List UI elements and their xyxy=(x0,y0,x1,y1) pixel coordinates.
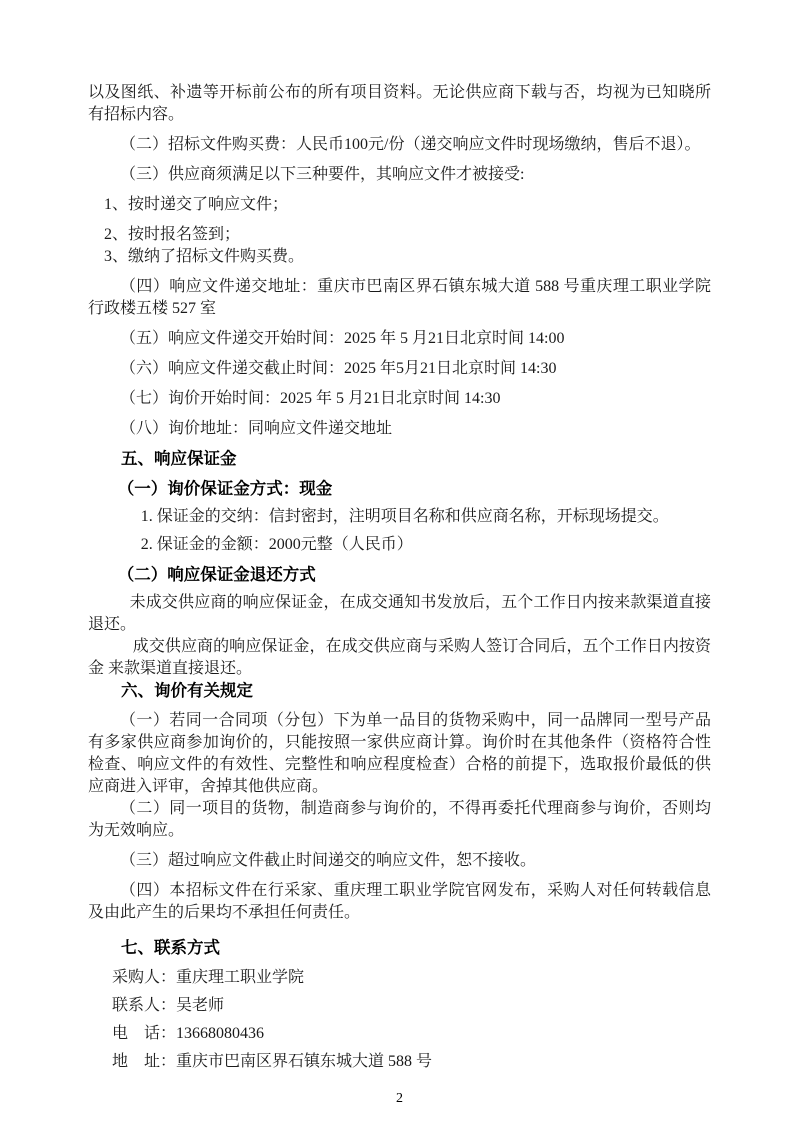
inquiry-rule-1: （一）若同一合同项（分包）下为单一品目的货物采购中，同一品牌同一型号产品有多家供… xyxy=(88,710,711,798)
contact-phone: 电 话：13668080436 xyxy=(112,1023,711,1045)
contact-purchaser: 采购人：重庆理工职业学院 xyxy=(112,967,711,989)
notice-item-inquiry-start-time: （七）询价开始时间：2025 年 5 月21日北京时间 14:30 xyxy=(88,388,711,410)
contact-phone-label: 电 话： xyxy=(112,1025,176,1042)
notice-item-submission-address: （四）响应文件递交地址：重庆市巴南区界石镇东城大道 588 号重庆理工职业学院行… xyxy=(88,276,711,320)
page-number: 2 xyxy=(88,1089,711,1109)
contact-address-label: 地 址： xyxy=(112,1053,176,1070)
section5-sub2-heading: （二）响应保证金退还方式 xyxy=(118,564,711,586)
inquiry-rule-4: （四）本招标文件在行采家、重庆理工职业学院官网发布，采购人对任何转载信息及由此产… xyxy=(88,880,711,924)
notice-item-submission-start-time: （五）响应文件递交开始时间：2025 年 5 月21日北京时间 14:00 xyxy=(88,328,711,350)
notice-item-submission-deadline: （六）响应文件递交截止时间：2025 年5月21日北京时间 14:30 xyxy=(88,358,711,380)
contact-address-value: 重庆市巴南区界石镇东城大道 588 号 xyxy=(176,1053,432,1070)
contact-phone-value: 13668080436 xyxy=(176,1025,264,1042)
inquiry-rule-3: （三）超过响应文件截止时间递交的响应文件，恕不接收。 xyxy=(88,850,711,872)
continuation-paragraph: 以及图纸、补遗等开标前公布的所有项目资料。无论供应商下载与否，均视为已知晓所有招… xyxy=(88,82,711,126)
section7-heading: 七、联系方式 xyxy=(121,937,711,959)
refund-unsuccessful-paragraph: 未成交供应商的响应保证金，在成交通知书发放后，五个工作日内按来款渠道直接退还。 xyxy=(88,592,711,636)
contact-address: 地 址：重庆市巴南区界石镇东城大道 588 号 xyxy=(112,1051,711,1073)
contact-person-value: 吴老师 xyxy=(176,997,224,1014)
deposit-amount-item: 2. 保证金的金额：2000元整（人民币） xyxy=(88,534,711,556)
deposit-payment-item: 1. 保证金的交纳：信封密封，注明项目名称和供应商名称，开标现场提交。 xyxy=(88,506,711,528)
inquiry-rule-2: （二）同一项目的货物，制造商参与询价的，不得再委托代理商参与询价，否则均为无效响… xyxy=(88,798,711,842)
refund-successful-paragraph: 成交供应商的响应保证金，在成交供应商与采购人签订合同后，五个工作日内按资金 来款… xyxy=(88,636,711,680)
section5-heading: 五、响应保证金 xyxy=(121,448,711,470)
notice-item-inquiry-address: （八）询价地址：同响应文件递交地址 xyxy=(88,418,711,440)
section5-sub1-heading: （一）询价保证金方式：现金 xyxy=(118,478,711,500)
requirement-3: 3、缴纳了招标文件购买费。 xyxy=(88,246,711,268)
notice-item-requirements-intro: （三）供应商须满足以下三种要件，其响应文件才被接受: xyxy=(88,164,711,186)
contact-person-label: 联系人： xyxy=(112,997,176,1014)
contact-person: 联系人：吴老师 xyxy=(112,995,711,1017)
requirement-2: 2、按时报名签到； xyxy=(88,224,711,246)
document-page: 以及图纸、补遗等开标前公布的所有项目资料。无论供应商下载与否，均视为已知晓所有招… xyxy=(0,0,793,1122)
notice-item-purchase-fee: （二）招标文件购买费：人民币100元/份（递交响应文件时现场缴纳，售后不退）。 xyxy=(88,134,711,156)
requirement-1: 1、按时递交了响应文件； xyxy=(88,194,711,216)
contact-purchaser-label: 采购人： xyxy=(112,969,176,986)
section6-heading: 六、询价有关规定 xyxy=(121,680,711,702)
contact-purchaser-value: 重庆理工职业学院 xyxy=(176,969,304,986)
